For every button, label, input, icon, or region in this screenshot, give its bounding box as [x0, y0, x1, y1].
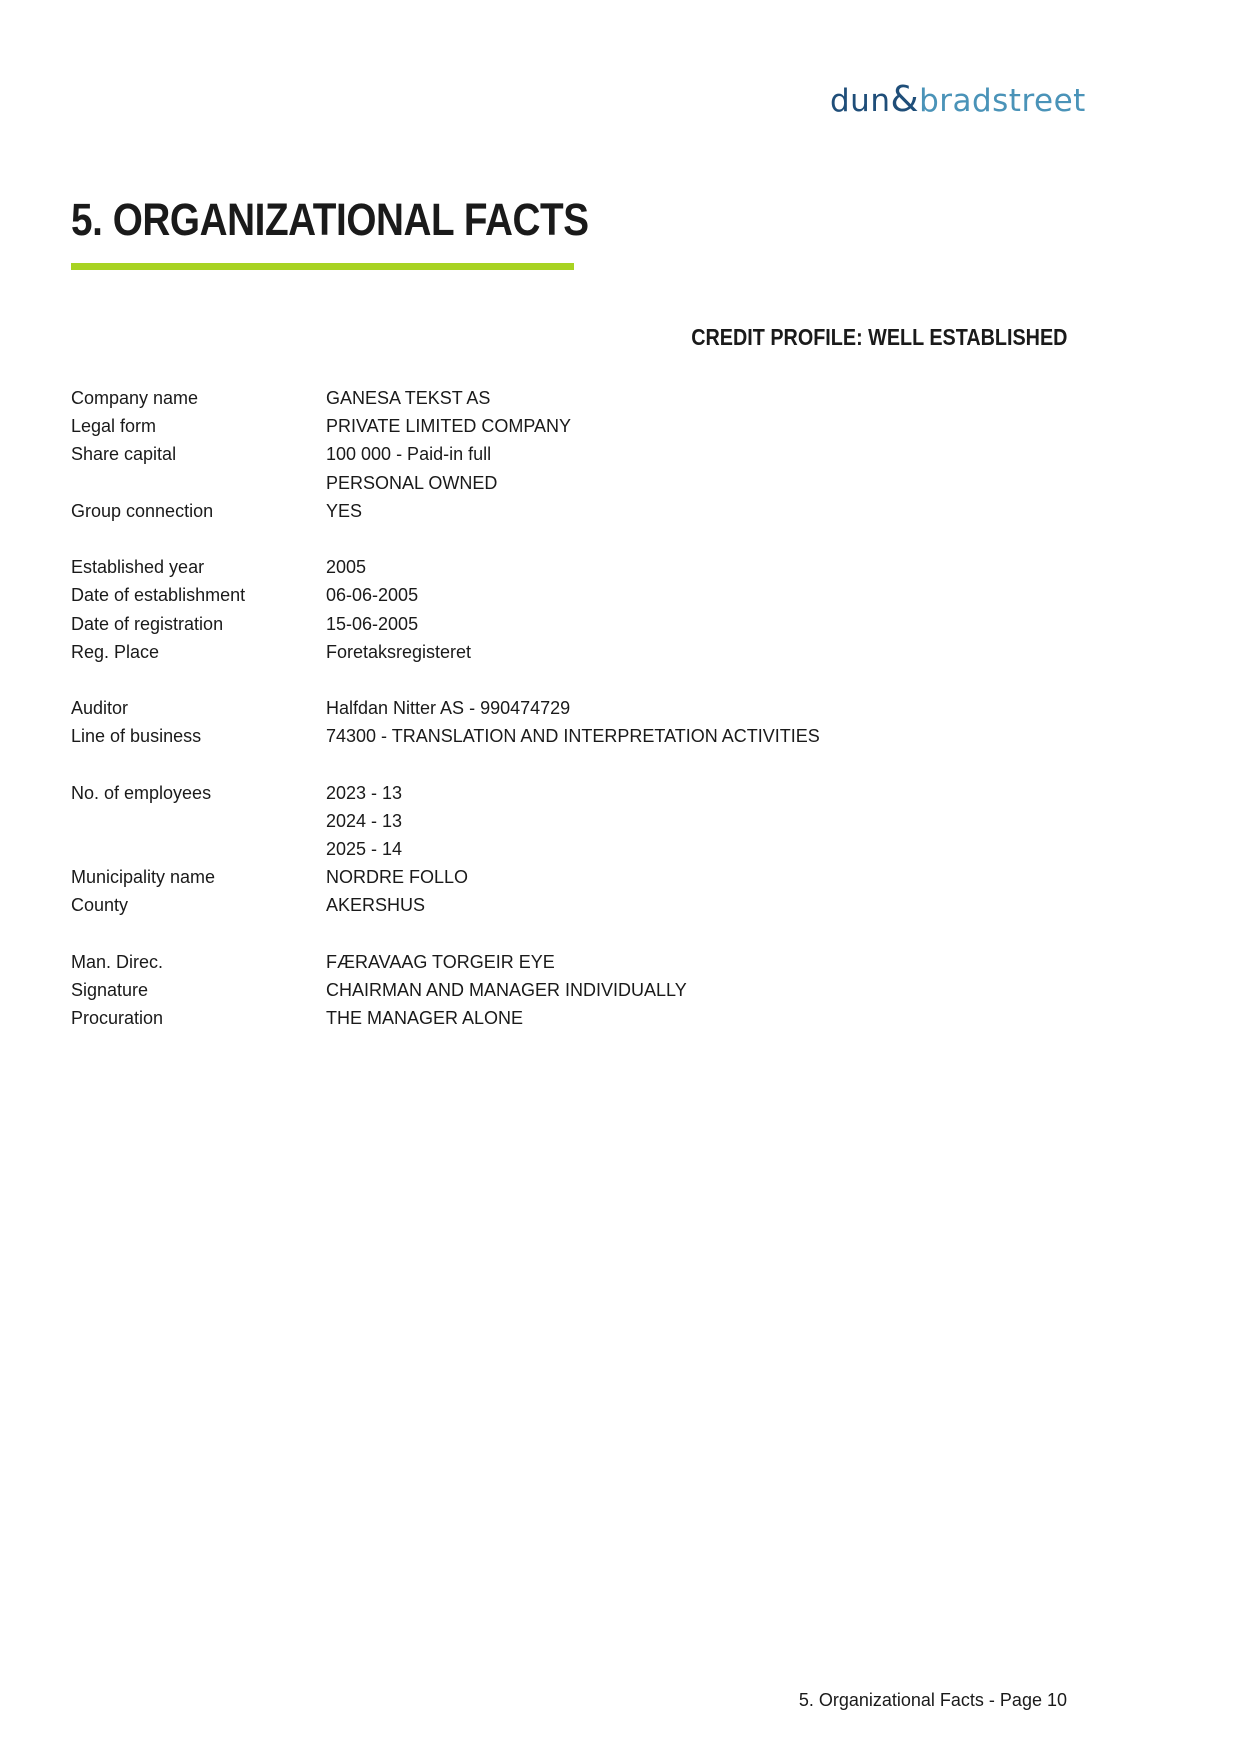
fact-label [71, 469, 326, 497]
fact-label [71, 835, 326, 863]
fact-label: County [71, 891, 326, 919]
fact-value: YES [326, 497, 971, 525]
fact-label: Established year [71, 553, 326, 581]
logo-text-bradstreet: bradstreet [919, 83, 1086, 119]
fact-label: No. of employees [71, 779, 326, 807]
fact-label: Procuration [71, 1004, 326, 1032]
fact-row-signature: Signature CHAIRMAN AND MANAGER INDIVIDUA… [71, 976, 971, 1004]
fact-row-group-connection: Group connection YES [71, 497, 971, 525]
fact-row-managing-director: Man. Direc. FÆRAVAAG TORGEIR EYE [71, 948, 971, 976]
fact-row-line-of-business: Line of business 74300 - TRANSLATION AND… [71, 722, 971, 750]
fact-value: GANESA TEKST AS [326, 384, 971, 412]
fact-row-ownership: PERSONAL OWNED [71, 469, 971, 497]
fact-label: Signature [71, 976, 326, 1004]
fact-row-established-year: Established year 2005 [71, 553, 971, 581]
fact-label: Line of business [71, 722, 326, 750]
fact-label: Municipality name [71, 863, 326, 891]
fact-label: Share capital [71, 440, 326, 468]
fact-label: Auditor [71, 694, 326, 722]
logo-text-dun: dun [830, 83, 890, 119]
fact-value: PRIVATE LIMITED COMPANY [326, 412, 971, 440]
fact-row-date-of-registration: Date of registration 15-06-2005 [71, 610, 971, 638]
fact-value: NORDRE FOLLO [326, 863, 971, 891]
fact-label: Date of establishment [71, 581, 326, 609]
fact-label: Man. Direc. [71, 948, 326, 976]
fact-value: 15-06-2005 [326, 610, 971, 638]
fact-row-share-capital: Share capital 100 000 - Paid-in full [71, 440, 971, 468]
fact-value: Halfdan Nitter AS - 990474729 [326, 694, 971, 722]
fact-row-legal-form: Legal form PRIVATE LIMITED COMPANY [71, 412, 971, 440]
fact-value: Foretaksregisteret [326, 638, 971, 666]
fact-label: Legal form [71, 412, 326, 440]
fact-value: 2024 - 13 [326, 807, 971, 835]
fact-value: 2005 [326, 553, 971, 581]
organizational-facts-table: Company name GANESA TEKST AS Legal form … [71, 384, 971, 1032]
fact-label [71, 807, 326, 835]
fact-value: 74300 - TRANSLATION AND INTERPRETATION A… [326, 722, 971, 750]
fact-row-procuration: Procuration THE MANAGER ALONE [71, 1004, 971, 1032]
title-underline [71, 263, 574, 270]
page-title: 5. ORGANIZATIONAL FACTS [71, 194, 589, 246]
fact-value: PERSONAL OWNED [326, 469, 971, 497]
fact-row-employees-2023: No. of employees 2023 - 13 [71, 779, 971, 807]
fact-row-county: County AKERSHUS [71, 891, 971, 919]
fact-row-auditor: Auditor Halfdan Nitter AS - 990474729 [71, 694, 971, 722]
dun-bradstreet-logo: dun&bradstreet [830, 78, 1070, 122]
fact-value: THE MANAGER ALONE [326, 1004, 971, 1032]
fact-row-employees-2024: 2024 - 13 [71, 807, 971, 835]
fact-value: FÆRAVAAG TORGEIR EYE [326, 948, 971, 976]
fact-value: 06-06-2005 [326, 581, 971, 609]
fact-label: Reg. Place [71, 638, 326, 666]
credit-profile-heading: CREDIT PROFILE: WELL ESTABLISHED [691, 322, 1067, 352]
fact-label: Group connection [71, 497, 326, 525]
fact-label: Date of registration [71, 610, 326, 638]
fact-row-employees-2025: 2025 - 14 [71, 835, 971, 863]
fact-value: CHAIRMAN AND MANAGER INDIVIDUALLY [326, 976, 971, 1004]
fact-row-reg-place: Reg. Place Foretaksregisteret [71, 638, 971, 666]
fact-value: AKERSHUS [326, 891, 971, 919]
logo-ampersand-icon: & [890, 79, 919, 120]
fact-label: Company name [71, 384, 326, 412]
fact-row-date-of-establishment: Date of establishment 06-06-2005 [71, 581, 971, 609]
fact-value: 2025 - 14 [326, 835, 971, 863]
fact-value: 2023 - 13 [326, 779, 971, 807]
page-footer: 5. Organizational Facts - Page 10 [799, 1688, 1067, 1712]
fact-value: 100 000 - Paid-in full [326, 440, 971, 468]
fact-row-municipality: Municipality name NORDRE FOLLO [71, 863, 971, 891]
fact-row-company-name: Company name GANESA TEKST AS [71, 384, 971, 412]
